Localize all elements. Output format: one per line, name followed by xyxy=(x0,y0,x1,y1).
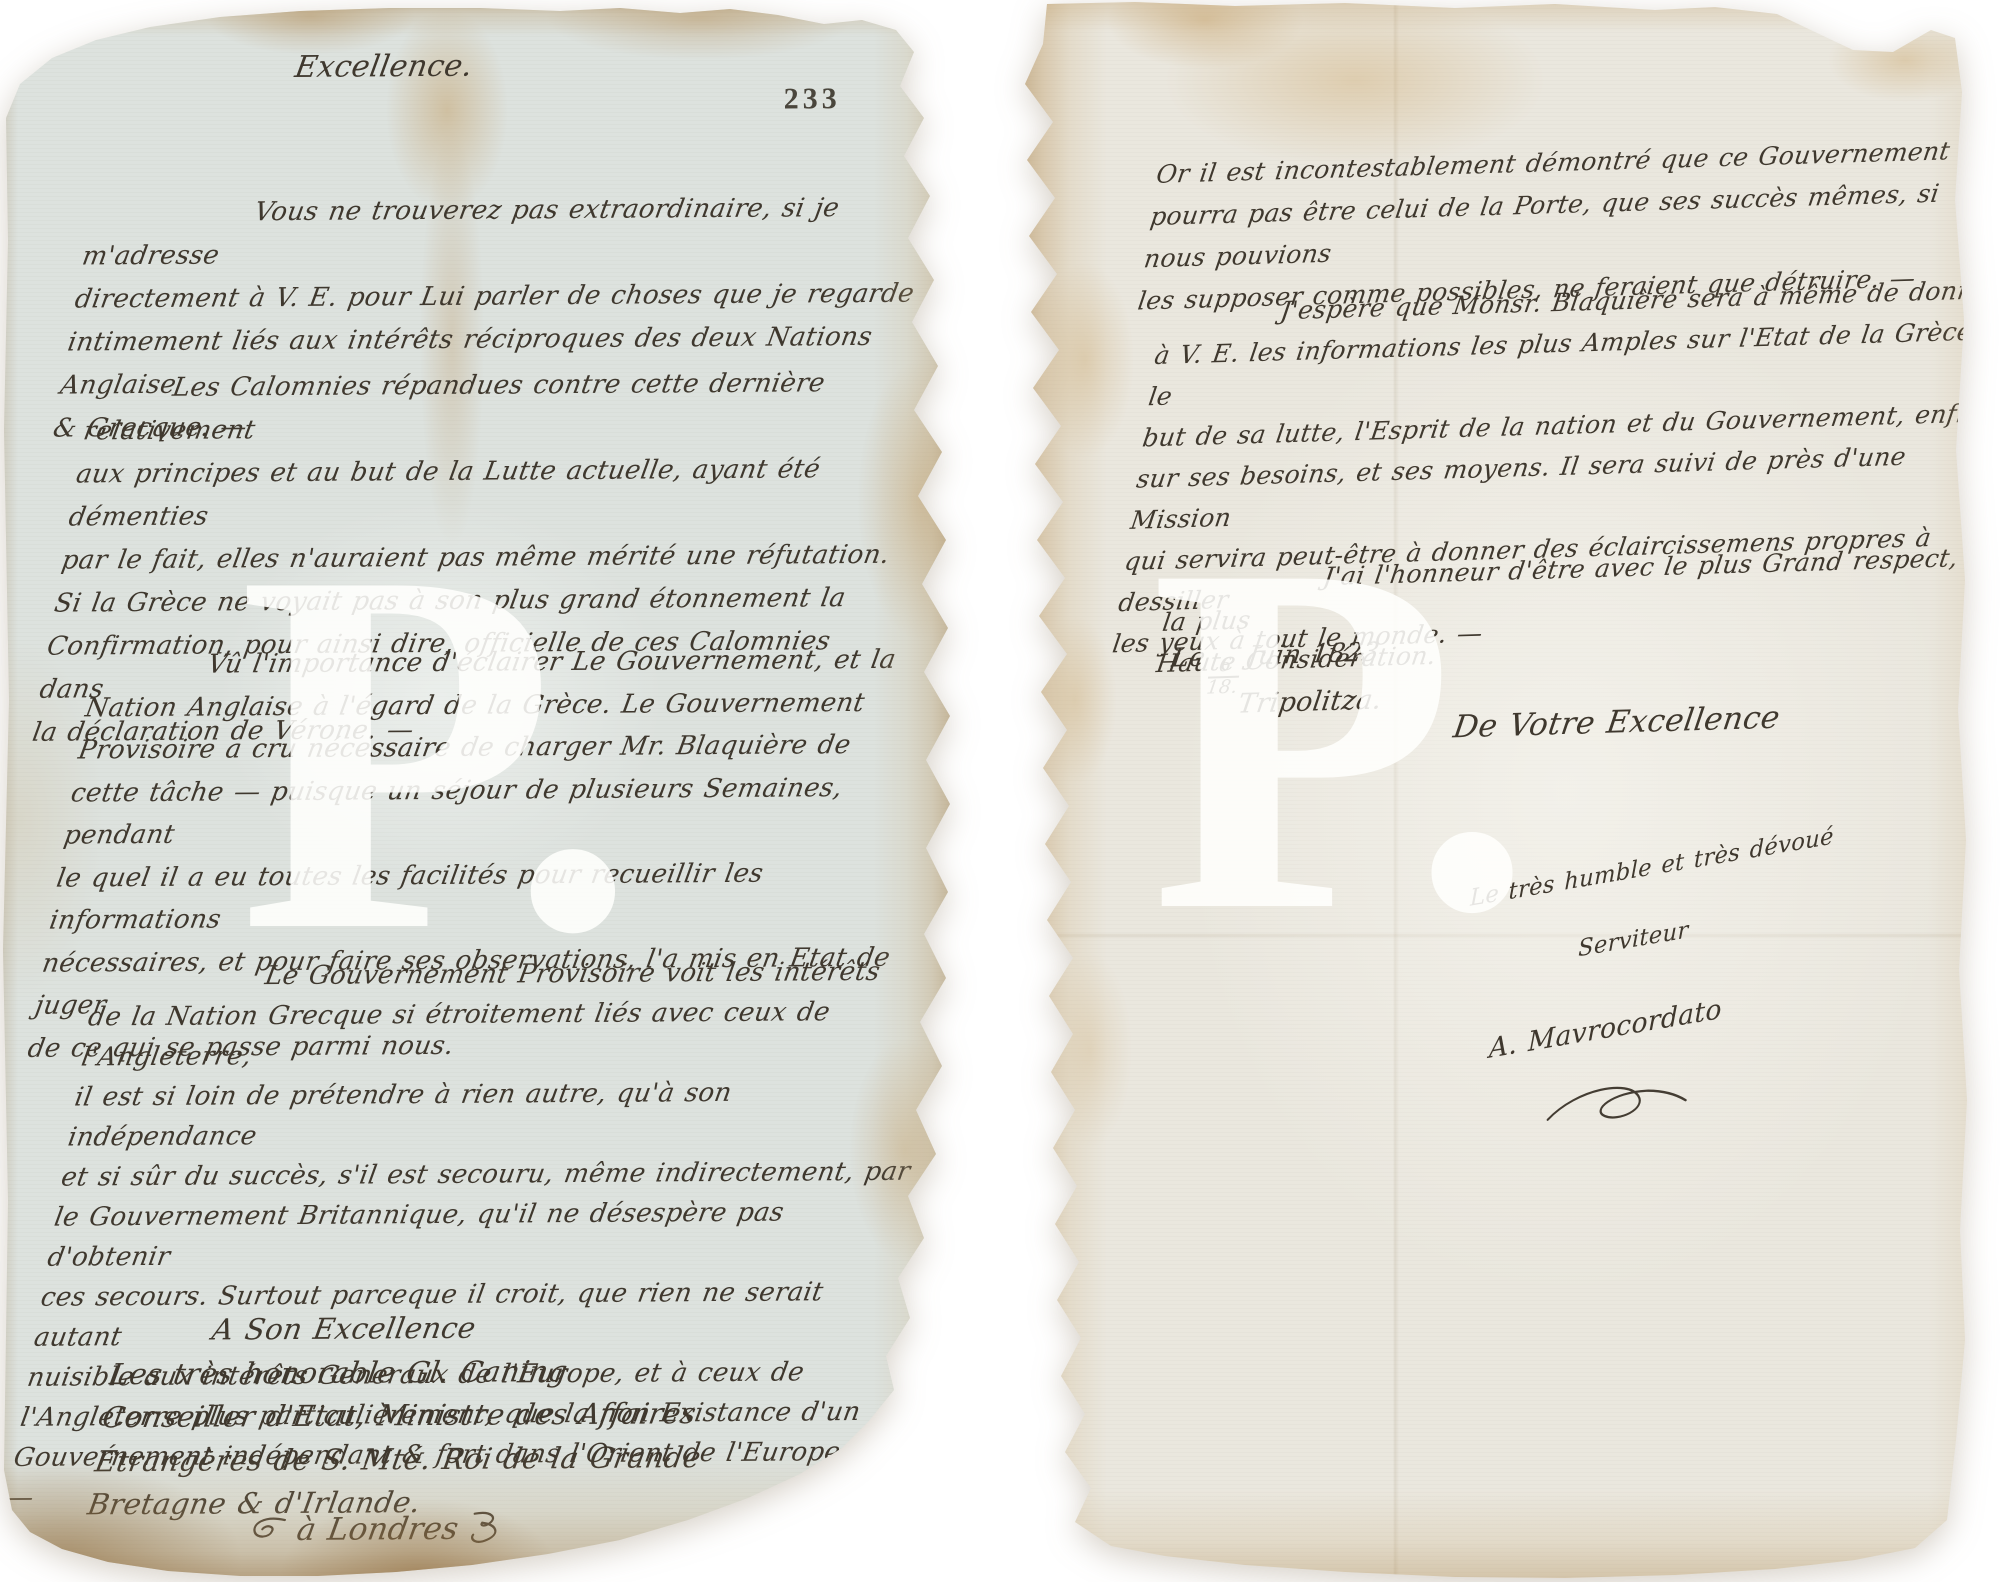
salutation-heading: Excellence. xyxy=(292,49,475,85)
right-page-wrapper: Or il est incontestablement démontré que… xyxy=(1015,0,2000,1582)
flourish-right-icon xyxy=(463,1508,510,1548)
date-numerator: 6 xyxy=(1208,656,1242,679)
date-suffix: Juin 1823 xyxy=(1246,637,1382,671)
address-city-line: à Londres xyxy=(244,1508,510,1550)
address-city: à Londres xyxy=(294,1511,461,1548)
place-line: Tripolitza. xyxy=(1236,684,1384,719)
valediction: De Votre Excellence xyxy=(1451,700,1782,746)
address-block: A Son Excellence Les très honorable Gl. … xyxy=(84,1304,821,1527)
left-page: Excellence. 233 Vous ne trouverez pas ex… xyxy=(0,0,958,1582)
date-denominator: 18. xyxy=(1205,677,1239,698)
signature-flourish-icon xyxy=(1538,1062,1696,1142)
date-fraction: 618. xyxy=(1205,656,1242,698)
signature-block: Le très humble et très dévoué Serviteur … xyxy=(1469,769,1924,1188)
right-page: Or il est incontestablement démontré que… xyxy=(1015,0,2000,1582)
left-page-text-layer: Excellence. 233 Vous ne trouverez pas ex… xyxy=(0,0,958,1582)
signature-name: A. Mavrocordato xyxy=(1489,958,1923,1067)
right-page-text-layer: Or il est incontestablement démontré que… xyxy=(1015,0,2000,1581)
date-prefix: Le xyxy=(1170,643,1208,674)
manuscript-scan: Excellence. 233 Vous ne trouverez pas ex… xyxy=(0,0,2000,1582)
flourish-left-icon xyxy=(244,1513,292,1547)
page-number: 233 xyxy=(784,82,841,116)
left-page-wrapper: Excellence. 233 Vous ne trouverez pas ex… xyxy=(0,0,958,1582)
